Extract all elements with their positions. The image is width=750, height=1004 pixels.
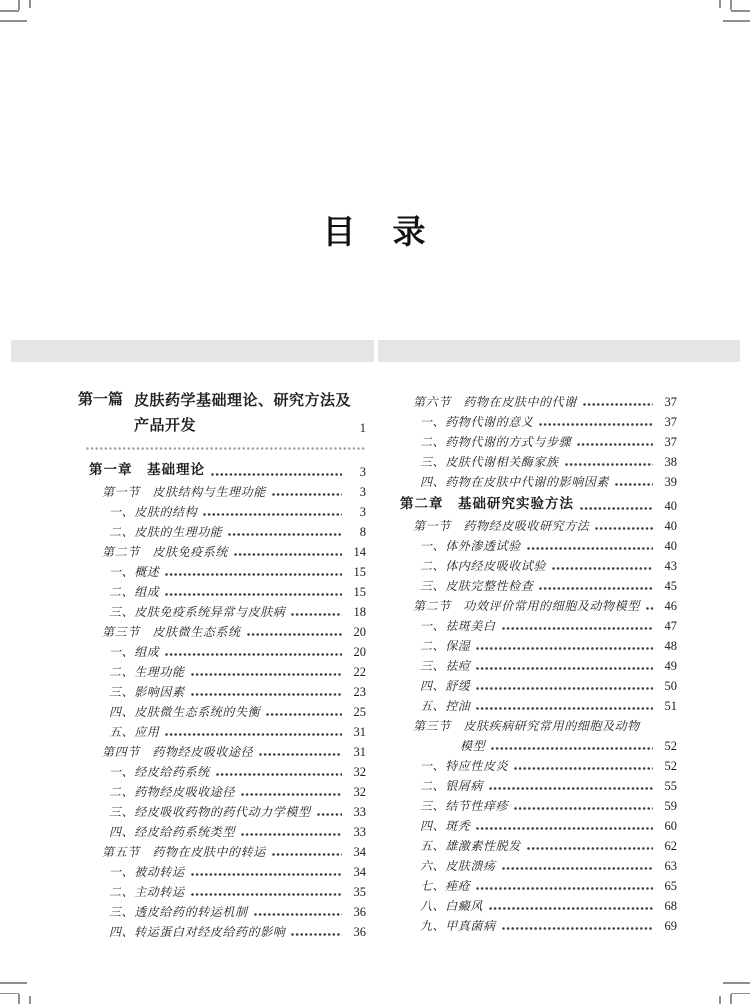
dot-leader [646,607,653,610]
toc-row: 三、影响因素23 [78,682,366,702]
toc-entry-page: 37 [657,392,677,412]
toc-entry-page: 49 [657,656,677,676]
crop-mark-bottom-right [719,996,721,1004]
toc-entry-label: 三、经皮吸收药物的药代动力学模型 [78,802,311,822]
toc-entry-label: 一、祛斑美白 [389,616,496,636]
dot-leader [254,913,342,916]
toc-entry-page: 31 [346,742,366,762]
dot-leader [241,833,342,836]
toc-row: 第三节 皮肤微生态系统20 [78,622,366,642]
toc-entry-page: 35 [346,882,366,902]
dot-leader [272,493,342,496]
toc-row: 二、主动转运35 [78,882,366,902]
dot-leader [191,873,342,876]
toc-entry-page: 40 [657,496,677,516]
toc-entry-page: 69 [657,916,677,936]
toc-row: 三、皮肤完整性检查45 [389,576,677,596]
toc-row: 二、生理功能22 [78,662,366,682]
toc-entry-label: 一、皮肤的结构 [78,502,197,522]
toc-entry-label: 三、祛痘 [389,656,470,676]
dot-leader [476,707,653,710]
crop-mark-top-left [29,0,31,8]
dot-leader [317,813,342,816]
toc-entry-label: 第三节 皮肤疾病研究常用的细胞及动物 [389,716,640,736]
toc-entry-label: 模型 [389,736,485,756]
crop-mark-top-right [731,10,750,12]
toc-entry-label: 六、皮肤溃疡 [389,856,496,876]
dot-leader [502,627,653,630]
dot-leader [234,553,342,556]
toc-entry-page: 15 [346,562,366,582]
toc-entry-label: 一、体外渗透试验 [389,536,521,556]
toc-entry-page: 3 [346,482,366,502]
toc-entry-label: 一、组成 [78,642,159,662]
toc-row: 模型52 [389,736,677,756]
toc-row: 三、皮肤代谢相关酶家族38 [389,452,677,472]
toc-entry-label: 二、药物代谢的方式与步骤 [389,432,571,452]
toc-entry-page: 52 [657,736,677,756]
crop-mark-bottom-right [723,982,750,984]
dot-leader [165,733,342,736]
toc-entry-label: 四、药物在皮肤中代谢的影响因素 [389,472,609,492]
dot-leader [259,753,342,756]
toc-entry-label: 第三节 皮肤微生态系统 [78,622,241,642]
dot-leader [580,507,653,510]
toc-row: 一、被动转运34 [78,862,366,882]
dot-leader [615,483,653,486]
toc-row: 二、药物经皮吸收途径32 [78,782,366,802]
toc-entry-label: 五、控油 [389,696,470,716]
toc-entry-label: 一、药物代谢的意义 [389,412,533,432]
toc-entry-label: 第一章 基础理论 [78,458,205,482]
toc-entry-label: 二、皮肤的生理功能 [78,522,222,542]
toc-entry-label: 第二节 皮肤免疫系统 [78,542,228,562]
crop-mark-bottom-right [731,993,750,995]
toc-row: 五、雄激素性脱发62 [389,836,677,856]
toc-entry-page: 43 [657,556,677,576]
toc-entry-label: 三、结节性痒疹 [389,796,508,816]
toc-row: 一、皮肤的结构3 [78,502,366,522]
header-bar-right [378,340,740,362]
dot-leader [489,907,653,910]
toc-row: 一、祛斑美白47 [389,616,677,636]
toc-row: 一、经皮给药系统32 [78,762,366,782]
toc-entry-label: 三、皮肤免疫系统异常与皮肤病 [78,602,285,622]
toc-row: 一、药物代谢的意义37 [389,412,677,432]
toc-entry-page: 63 [657,856,677,876]
toc-entry-label: 四、转运蛋白对经皮给药的影响 [78,922,285,942]
toc-row: 二、银屑病55 [389,776,677,796]
toc-entry-label: 第六节 药物在皮肤中的代谢 [389,392,577,412]
toc-row: 第一节 皮肤结构与生理功能3 [78,482,366,502]
dot-leader [514,767,653,770]
part-title-line1: 皮肤药学基础理论、研究方法及 [134,388,366,413]
toc-entry-page: 3 [346,502,366,522]
toc-entry-page: 59 [657,796,677,816]
toc-entry-label: 二、保湿 [389,636,470,656]
toc-entry-page: 20 [346,642,366,662]
toc-entry-page: 14 [346,542,366,562]
toc-entry-page: 34 [346,842,366,862]
toc-row: 三、皮肤免疫系统异常与皮肤病18 [78,602,366,622]
toc-entry-page: 45 [657,576,677,596]
toc-row: 五、控油51 [389,696,677,716]
toc-entry-page: 15 [346,582,366,602]
toc-entry-page: 31 [346,722,366,742]
toc-entry-label: 一、特应性皮炎 [389,756,508,776]
toc-row: 二、保湿48 [389,636,677,656]
dot-leader [191,893,342,896]
toc-row: 第四节 药物经皮吸收途径31 [78,742,366,762]
dot-leader [266,713,342,716]
part-title-line2-row: 产品开发1 [134,413,366,438]
toc-row: 四、药物在皮肤中代谢的影响因素39 [389,472,677,492]
toc-row: 第二节 功效评价常用的细胞及动物模型46 [389,596,677,616]
dot-leader [191,673,342,676]
toc-entry-label: 第四节 药物经皮吸收途径 [78,742,253,762]
toc-row: 四、舒缓50 [389,676,677,696]
toc-row: 六、皮肤溃疡63 [389,856,677,876]
dot-leader [476,827,653,830]
toc-entry-label: 二、主动转运 [78,882,185,902]
toc-entry-page: 22 [346,662,366,682]
toc-entry-page: 50 [657,676,677,696]
dot-leader [191,693,342,696]
dot-leader [241,793,342,796]
toc-entry-page: 65 [657,876,677,896]
toc-entry-page: 68 [657,896,677,916]
toc-entry-label: 九、甲真菌病 [389,916,496,936]
part-title: 皮肤药学基础理论、研究方法及产品开发1 [134,388,366,438]
dot-leader [552,567,653,570]
dot-leader [514,807,653,810]
dot-leader [165,573,342,576]
toc-entry-page: 55 [657,776,677,796]
toc-entry-page: 33 [346,802,366,822]
crop-mark-bottom-left [18,994,20,1004]
toc-entry-page: 20 [346,622,366,642]
dot-leader [491,747,653,750]
toc-row: 第六节 药物在皮肤中的代谢37 [389,392,677,412]
toc-entry-label: 四、斑秃 [389,816,470,836]
toc-entry-label: 第二节 功效评价常用的细胞及动物模型 [389,596,640,616]
toc-row: 一、体外渗透试验40 [389,536,677,556]
toc-entry-page: 36 [346,902,366,922]
toc-row: 七、痤疮65 [389,876,677,896]
toc-row: 一、概述15 [78,562,366,582]
toc-entry-page: 40 [657,536,677,556]
toc-entry-label: 七、痤疮 [389,876,470,896]
toc-row: 二、体内经皮吸收试验43 [389,556,677,576]
crop-mark-top-left [0,10,19,12]
toc-entry-label: 一、经皮给药系统 [78,762,210,782]
toc-entry-page: 34 [346,862,366,882]
dot-leader [203,513,342,516]
toc-entry-page: 18 [346,602,366,622]
toc-row: 四、转运蛋白对经皮给药的影响36 [78,922,366,942]
toc-row: 第一节 药物经皮吸收研究方法40 [389,516,677,536]
toc-entry-label: 一、概述 [78,562,159,582]
toc-entry-label: 二、组成 [78,582,159,602]
toc-row: 三、经皮吸收药物的药代动力学模型33 [78,802,366,822]
dot-leader [527,847,653,850]
toc-row: 第三节 皮肤疾病研究常用的细胞及动物 [389,716,677,736]
toc-row: 第二节 皮肤免疫系统14 [78,542,366,562]
crop-mark-bottom-left [29,996,31,1004]
toc-entry-page: 51 [657,696,677,716]
page-title: 目 录 [0,206,750,253]
dot-leader [502,867,653,870]
crop-mark-top-right [730,0,732,10]
toc-row: 四、经皮给药系统类型33 [78,822,366,842]
toc-entry-page: 39 [657,472,677,492]
toc-row: 第二章 基础研究实验方法40 [389,492,677,516]
dot-leader [211,473,342,476]
toc-entry-page: 32 [346,782,366,802]
toc-entry-page: 23 [346,682,366,702]
dot-leader [583,403,653,406]
toc-row: 二、组成15 [78,582,366,602]
toc-entry-page: 36 [346,922,366,942]
toc-row: 一、组成20 [78,642,366,662]
dot-leader [165,653,342,656]
crop-mark-bottom-right [730,994,732,1004]
toc-entry-page: 33 [346,822,366,842]
toc-row: 一、特应性皮炎52 [389,756,677,776]
toc-entry-label: 第五节 药物在皮肤中的转运 [78,842,266,862]
toc-entry-label: 四、皮肤微生态系统的失衡 [78,702,260,722]
toc-entry-page: 60 [657,816,677,836]
dot-leader [291,933,342,936]
toc-row: 四、斑秃60 [389,816,677,836]
toc-entry-label: 五、雄激素性脱发 [389,836,521,856]
toc-entry-label: 二、体内经皮吸收试验 [389,556,546,576]
toc-entry-label: 二、药物经皮吸收途径 [78,782,235,802]
toc-row: 八、白癜风68 [389,896,677,916]
toc-row: 第一章 基础理论3 [78,458,366,482]
toc-entry-page: 38 [657,452,677,472]
part-label: 第一篇 [78,388,134,413]
dot-leader [476,887,653,890]
crop-mark-top-left [18,0,20,10]
toc-entry-page: 37 [657,432,677,452]
toc-entry-page: 62 [657,836,677,856]
toc-row: 第五节 药物在皮肤中的转运34 [78,842,366,862]
toc-entry-page: 8 [346,522,366,542]
toc-entry-page: 32 [346,762,366,782]
toc-entry-label: 一、被动转运 [78,862,185,882]
toc-column-left: 第一篇皮肤药学基础理论、研究方法及产品开发1第一章 基础理论3第一节 皮肤结构与… [78,388,366,942]
toc-entry-label: 四、舒缓 [389,676,470,696]
dot-leader [272,853,342,856]
part-heading: 第一篇皮肤药学基础理论、研究方法及产品开发1 [78,388,366,438]
toc-entry-label: 第一节 皮肤结构与生理功能 [78,482,266,502]
toc-entry-page: 48 [657,636,677,656]
book-toc-page: 目 录 第一篇皮肤药学基础理论、研究方法及产品开发1第一章 基础理论3第一节 皮… [0,0,750,1004]
toc-entry-label: 三、皮肤完整性检查 [389,576,533,596]
toc-entry-label: 二、银屑病 [389,776,483,796]
crop-mark-top-left [0,20,27,22]
toc-entry-page: 37 [657,412,677,432]
crop-mark-top-right [723,20,750,22]
dot-leader [291,613,342,616]
toc-row: 三、透皮给药的转运机制36 [78,902,366,922]
crop-mark-bottom-left [0,993,19,995]
dot-leader [502,927,653,930]
dot-leader [595,527,653,530]
toc-entry-page: 3 [346,462,366,482]
dot-leader [165,593,342,596]
toc-entry-page: 46 [657,596,677,616]
toc-entry-page: 40 [657,516,677,536]
dot-leader [476,667,653,670]
part-title-line2: 产品开发 [134,413,196,438]
toc-row: 四、皮肤微生态系统的失衡25 [78,702,366,722]
dot-leader [527,547,653,550]
dot-leader [577,443,653,446]
dot-leader [489,787,653,790]
toc-row: 三、祛痘49 [389,656,677,676]
toc-entry-label: 二、生理功能 [78,662,185,682]
dot-leader [476,687,653,690]
dot-leader [539,587,653,590]
dot-leader [476,647,653,650]
toc-entry-page: 1 [346,418,366,438]
toc-entry-page: 47 [657,616,677,636]
dot-leader [228,533,342,536]
toc-entry-page: 25 [346,702,366,722]
crop-mark-top-right [719,0,721,8]
dot-leader [539,423,653,426]
dot-leader [247,633,342,636]
toc-entry-label: 五、应用 [78,722,159,742]
toc-row: 二、药物代谢的方式与步骤37 [389,432,677,452]
header-bar-left [11,340,374,362]
toc-entry-label: 第二章 基础研究实验方法 [389,492,574,516]
crop-mark-bottom-left [0,982,27,984]
toc-entry-label: 三、影响因素 [78,682,185,702]
toc-entry-page: 52 [657,756,677,776]
dot-leader [565,463,653,466]
toc-entry-label: 三、透皮给药的转运机制 [78,902,248,922]
toc-row: 二、皮肤的生理功能8 [78,522,366,542]
toc-row: 三、结节性痒疹59 [389,796,677,816]
toc-column-right: 第六节 药物在皮肤中的代谢37一、药物代谢的意义37二、药物代谢的方式与步骤37… [389,392,677,936]
toc-entry-label: 四、经皮给药系统类型 [78,822,235,842]
toc-entry-label: 三、皮肤代谢相关酶家族 [389,452,559,472]
toc-entry-label: 第一节 药物经皮吸收研究方法 [389,516,589,536]
dot-leader [216,773,342,776]
toc-divider-rule [86,447,366,450]
toc-row: 五、应用31 [78,722,366,742]
toc-row: 九、甲真菌病69 [389,916,677,936]
toc-entry-label: 八、白癜风 [389,896,483,916]
